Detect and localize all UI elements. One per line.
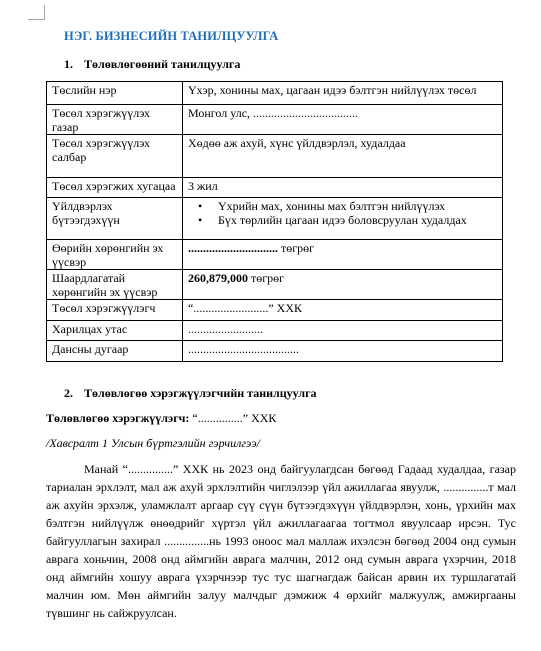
row-value: “.........................” ХХК — [183, 300, 503, 321]
table-row: Төсөл хэрэгжүүлэгч “....................… — [47, 300, 503, 321]
project-info-table: Төслийн нэр Үхэр, хонины мах, цагаан идэ… — [46, 81, 503, 362]
section-number: 1. — [64, 57, 84, 72]
table-row: Төсөл хэрэгжүүлэх салбар Хөдөө аж ахуй, … — [47, 135, 503, 178]
row-label: Төсөл хэрэгжүүлэх газар — [47, 105, 183, 135]
section-2-heading: 2.Төлөвлөгөө хэрэгжүүлэгчийн танилцуулга — [64, 386, 317, 401]
row-label: Харилцах утас — [47, 321, 183, 341]
table-row: Харилцах утас ......................... — [47, 321, 503, 341]
page-corner-mark — [28, 5, 45, 20]
main-heading: НЭГ. БИЗНЕСИЙН ТАНИЛЦУУЛГА — [64, 29, 278, 44]
row-value: .............................. төгрөг — [183, 240, 503, 270]
row-label: Төсөл хэрэгжүүлэгч — [47, 300, 183, 321]
table-row: Үйлдвэрлэх бүтээгдэхүүн Үхрийн мах, хони… — [47, 198, 503, 240]
product-list: Үхрийн мах, хонины мах бэлтгэн нийлүүлэх… — [188, 200, 497, 227]
row-label: Төсөл хэрэгжих хугацаа — [47, 178, 183, 198]
row-value: Үхэр, хонины мах, цагаан идээ бэлтгэн ни… — [183, 82, 503, 105]
implementer-value: “...............” ХХК — [189, 411, 276, 425]
implementer-line: Төлөвлөгөө хэрэгжүүлэгч: “..............… — [46, 411, 276, 426]
row-value: Үхрийн мах, хонины мах бэлтгэн нийлүүлэх… — [183, 198, 503, 240]
section-number: 2. — [64, 386, 84, 401]
section-title: Төлөвлөгөө хэрэгжүүлэгчийн танилцуулга — [84, 386, 317, 400]
row-value: Монгол улс, ............................… — [183, 105, 503, 135]
implementer-label: Төлөвлөгөө хэрэгжүүлэгч: — [46, 411, 189, 425]
row-label: Шаардлагатай хөрөнгийн эх үүсвэр — [47, 270, 183, 300]
list-item: Үхрийн мах, хонины мах бэлтгэн нийлүүлэх — [218, 200, 497, 214]
row-value: 3 жил — [183, 178, 503, 198]
row-label: Дансны дугаар — [47, 341, 183, 362]
section-1-heading: 1.Төлөвлөгөөний танилцуулга — [64, 57, 240, 72]
table-row: Шаардлагатай хөрөнгийн эх үүсвэр 260,879… — [47, 270, 503, 300]
row-value: Хөдөө аж ахуй, хүнс үйлдвэрлэл, худалдаа — [183, 135, 503, 178]
row-label: Төсөл хэрэгжүүлэх салбар — [47, 135, 183, 178]
table-row: Дансны дугаар ..........................… — [47, 341, 503, 362]
row-value: ......................... — [183, 321, 503, 341]
table-row: Өөрийн хөрөнгийн эх үүсвэр .............… — [47, 240, 503, 270]
table-row: Төслийн нэр Үхэр, хонины мах, цагаан идэ… — [47, 82, 503, 105]
attachment-note: /Хавсралт 1 Улсын бүртгэлийн гэрчилгээ/ — [46, 436, 260, 451]
table-row: Төсөл хэрэгжүүлэх газар Монгол улс, ....… — [47, 105, 503, 135]
row-label: Өөрийн хөрөнгийн эх үүсвэр — [47, 240, 183, 270]
row-value: 260,879,000 төгрөг — [183, 270, 503, 300]
table-row: Төсөл хэрэгжих хугацаа 3 жил — [47, 178, 503, 198]
company-description-paragraph: Манай “...............” ХХК нь 2023 онд … — [46, 460, 516, 622]
row-label: Үйлдвэрлэх бүтээгдэхүүн — [47, 198, 183, 240]
list-item: Бүх төрлийн цагаан идээ боловсруулан худ… — [218, 214, 497, 228]
section-title: Төлөвлөгөөний танилцуулга — [84, 57, 240, 71]
row-value: ..................................... — [183, 341, 503, 362]
row-label: Төслийн нэр — [47, 82, 183, 105]
